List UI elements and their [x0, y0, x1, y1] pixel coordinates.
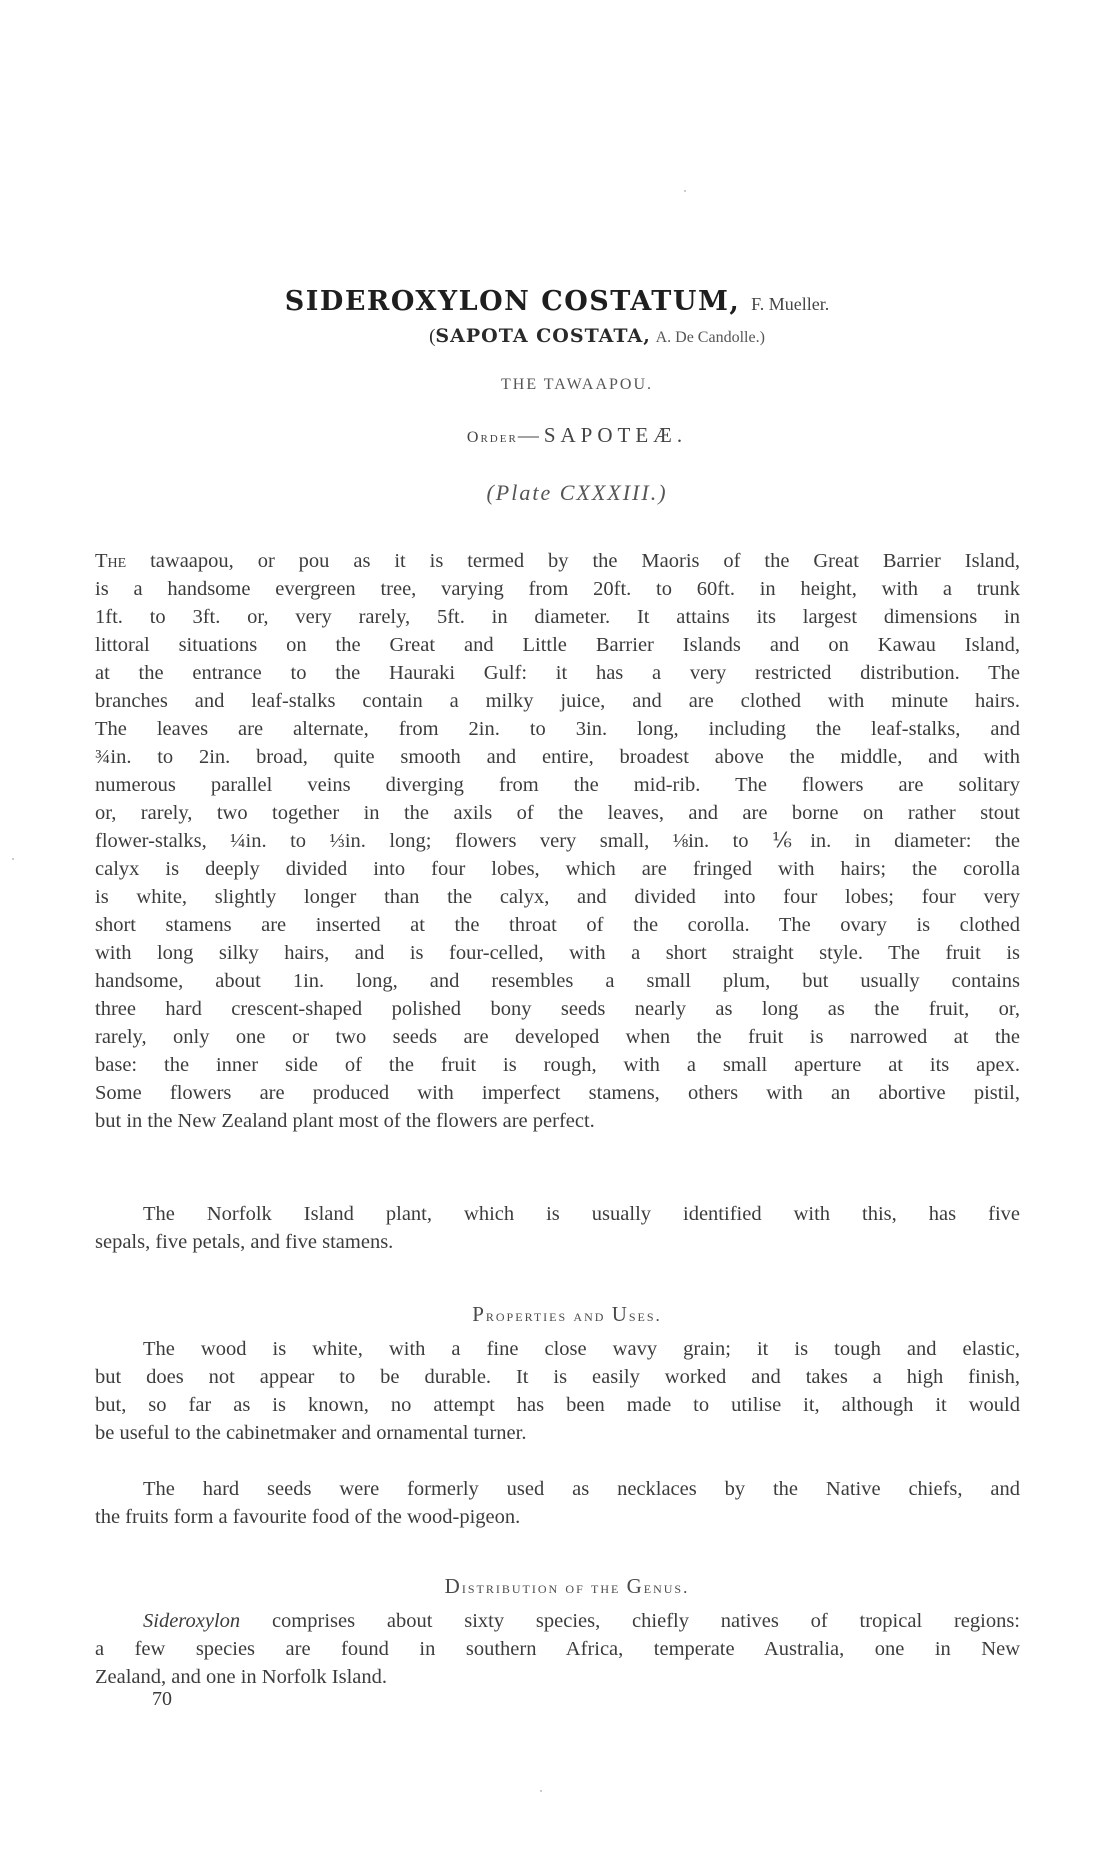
text-line: Sideroxylon comprises about sixty specie…	[95, 1607, 1020, 1635]
scan-speck	[684, 190, 686, 192]
section-heading-distribution: Distribution of the Genus.	[0, 1574, 1114, 1599]
text-line: flower-stalks, ¼in. to ⅓in. long; flower…	[95, 827, 1020, 855]
synonym-name: SAPOTA COSTATA,	[435, 325, 650, 347]
text-line: ¾in. to 2in. broad, quite smooth and ent…	[95, 743, 1020, 771]
text-span: tawaapou, or pou as it is termed by the …	[126, 550, 1020, 572]
text-line: base: the inner side of the fruit is rou…	[95, 1051, 1020, 1079]
heading-text: roperties and	[486, 1306, 612, 1325]
order-dash: —	[518, 423, 544, 447]
species-name: SIDEROXYLON COSTATUM,	[285, 286, 740, 317]
heading-cap: P	[472, 1302, 486, 1326]
heading-cap: G	[627, 1574, 644, 1598]
page-number: 70	[152, 1688, 172, 1711]
text-line: but does not appear to be durable. It is…	[95, 1363, 1020, 1391]
text-line: a few species are found in southern Afri…	[95, 1635, 1020, 1663]
text-line: handsome, about 1in. long, and resembles…	[95, 967, 1020, 995]
norfolk-paragraph: The Norfolk Island plant, which is usual…	[95, 1200, 1020, 1256]
order-name: SAPOTEÆ.	[544, 423, 687, 447]
text-line: The leaves are alternate, from 2in. to 3…	[95, 715, 1020, 743]
text-line: but in the New Zealand plant most of the…	[95, 1107, 1020, 1135]
text-line: short stamens are inserted at the throat…	[95, 911, 1020, 939]
text-line: The wood is white, with a fine close wav…	[95, 1335, 1020, 1363]
text-line: Zealand, and one in Norfolk Island.	[95, 1663, 1020, 1691]
description-paragraph: The tawaapou, or pou as it is termed by …	[95, 547, 1020, 1135]
text-line: The Norfolk Island plant, which is usual…	[95, 1200, 1020, 1228]
synonym-line: (SAPOTA COSTATA, A. De Candolle.)	[0, 325, 1114, 348]
text-line: but, so far as is known, no attempt has …	[95, 1391, 1020, 1419]
text-line: The hard seeds were formerly used as nec…	[95, 1475, 1020, 1503]
text-line: 1ft. to 3ft. or, very rarely, 5ft. in di…	[95, 603, 1020, 631]
text-line: sepals, five petals, and five stamens.	[95, 1228, 1020, 1256]
text-line: or, rarely, two together in the axils of…	[95, 799, 1020, 827]
scan-speck	[540, 1790, 542, 1792]
book-page: SIDEROXYLON COSTATUM, F. Mueller. (SAPOT…	[0, 0, 1114, 1856]
heading-text: ses.	[629, 1306, 662, 1325]
heading-cap: D	[445, 1574, 462, 1598]
text-line: The tawaapou, or pou as it is termed by …	[95, 547, 1020, 575]
text-line: branches and leaf-stalks contain a milky…	[95, 687, 1020, 715]
order-line: Order—SAPOTEÆ.	[0, 423, 1114, 448]
heading-cap: U	[612, 1302, 629, 1326]
plate-reference: (Plate CXXXIII.)	[0, 480, 1114, 506]
text-line: three hard crescent-shaped polished bony…	[95, 995, 1020, 1023]
text-line: at the entrance to the Hauraki Gulf: it …	[95, 659, 1020, 687]
text-line: numerous parallel veins diverging from t…	[95, 771, 1020, 799]
text-line: the fruits form a favourite food of the …	[95, 1503, 1020, 1531]
text-line: littoral situations on the Great and Lit…	[95, 631, 1020, 659]
genus-name: Sideroxylon	[143, 1610, 240, 1632]
text-line: Some flowers are produced with imperfect…	[95, 1079, 1020, 1107]
distribution-paragraph: Sideroxylon comprises about sixty specie…	[95, 1607, 1020, 1691]
text-line: is white, slightly longer than the calyx…	[95, 883, 1020, 911]
section-heading-properties: Properties and Uses.	[0, 1302, 1114, 1327]
common-name: THE TAWAAPOU.	[0, 376, 1114, 394]
text-line: is a handsome evergreen tree, varying fr…	[95, 575, 1020, 603]
heading-text: istribution of the	[462, 1578, 627, 1597]
properties-paragraph: The wood is white, with a fine close wav…	[95, 1335, 1020, 1447]
heading-text: enus.	[644, 1578, 690, 1597]
text-line: rarely, only one or two seeds are develo…	[95, 1023, 1020, 1051]
species-author: F. Mueller.	[751, 294, 829, 314]
order-label: Order	[467, 429, 518, 446]
synonym-author: A. De Candolle.)	[656, 329, 765, 346]
text-line: with long silky hairs, and is four-celle…	[95, 939, 1020, 967]
text-line: calyx is deeply divided into four lobes,…	[95, 855, 1020, 883]
text-span: comprises about sixty species, chiefly n…	[240, 1610, 1020, 1632]
seeds-paragraph: The hard seeds were formerly used as nec…	[95, 1475, 1020, 1531]
text-line: be useful to the cabinetmaker and orname…	[95, 1419, 1020, 1447]
species-title: SIDEROXYLON COSTATUM, F. Mueller.	[0, 286, 1114, 317]
scan-speck	[12, 858, 14, 860]
drop-lead: The	[95, 550, 126, 572]
